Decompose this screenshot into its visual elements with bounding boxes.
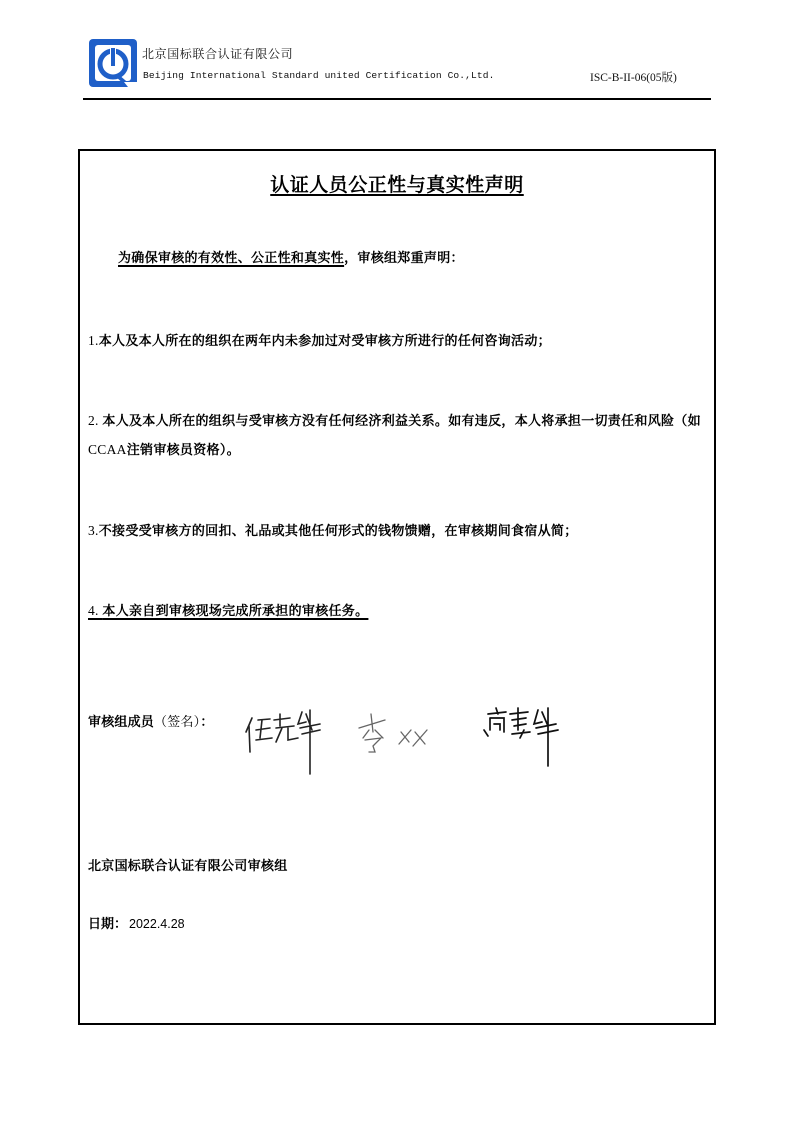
signature-3 xyxy=(480,700,565,770)
item-text: 本人及本人所在的组织在两年内未参加过对受审核方所进行的任何咨询活动； xyxy=(99,334,551,349)
item-text: 注销审核员资格）。 xyxy=(127,443,240,458)
company-name-en: Beijing International Standard united Ce… xyxy=(143,70,494,81)
item-text-latin: CCAA xyxy=(88,442,127,457)
item-text: 不接受受审核方的回扣、礼品或其他任何形式的钱物馈赠，在审核期间食宿从简； xyxy=(99,524,578,539)
document-frame xyxy=(78,149,716,1025)
signature-2 xyxy=(355,710,440,755)
item-4-underlined: 4. 本人亲自到审核现场完成所承担的审核任务。 xyxy=(88,604,368,619)
intro-statement: 为确保审核的有效性、公正性和真实性，审核组郑重声明： xyxy=(118,247,464,266)
company-logo-icon xyxy=(88,38,138,88)
declaration-item-2: 2. 本人及本人所在的组织与受审核方没有任何经济利益关系。如有违反，本人将承担一… xyxy=(88,407,713,465)
item-number: 3. xyxy=(88,523,99,538)
item-number: 1. xyxy=(88,333,99,348)
item-text: 本人亲自到审核现场完成所承担的审核任务。 xyxy=(102,604,368,619)
item-text: 本人及本人所在的组织与受审核方没有任何经济利益关系。如有违反，本人将承担一切责任… xyxy=(102,414,701,429)
title-text: 认证人员公正性与真实性声明 xyxy=(270,174,524,196)
declaration-item-3: 3.不接受受审核方的回扣、礼品或其他任何形式的钱物馈赠，在审核期间食宿从简； xyxy=(88,517,713,546)
intro-rest: ，审核组郑重声明： xyxy=(344,251,464,266)
date-value: 2022.4.28 xyxy=(129,917,185,931)
header-divider xyxy=(83,98,711,100)
date-row: 日期：2022.4.28 xyxy=(88,913,185,932)
company-name-cn: 北京国标联合认证有限公司 xyxy=(142,45,293,62)
date-label: 日期： xyxy=(88,917,127,932)
signature-1 xyxy=(240,700,330,775)
intro-underlined: 为确保审核的有效性、公正性和真实性 xyxy=(118,251,344,266)
document-code: ISC-B-II-06(05版) xyxy=(590,69,677,85)
page-title: 认证人员公正性与真实性声明 xyxy=(0,170,794,197)
declaration-item-1: 1.本人及本人所在的组织在两年内未参加过对受审核方所进行的任何咨询活动； xyxy=(88,327,713,356)
item-number: 2. xyxy=(88,413,102,428)
signature-label: 审核组成员（签名）： xyxy=(88,711,214,730)
item-number: 4. xyxy=(88,603,102,618)
declaration-item-4: 4. 本人亲自到审核现场完成所承担的审核任务。 xyxy=(88,597,713,626)
organization-name: 北京国标联合认证有限公司审核组 xyxy=(88,855,288,874)
